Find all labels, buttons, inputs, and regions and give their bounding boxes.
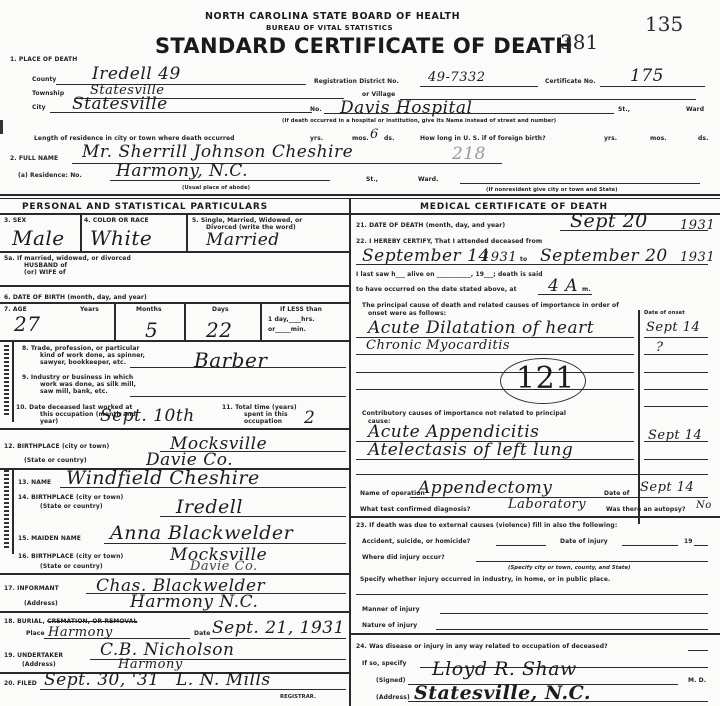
contributory-line-2 [356,459,634,460]
certificate-value: 175 [630,66,664,86]
row-line-5 [0,428,349,430]
test-value: Laboratory [508,497,586,512]
medical-address-label: (Address) [376,694,410,701]
occupation-label-1: 8. Trade, profession, or particular [22,345,140,352]
informant-address-label: (Address) [24,600,58,607]
residence-label: (a) Residence: No. [18,172,82,179]
onset-line-3 [644,372,708,373]
full-name-value: Mr. Sherrill Johnson Cheshire [82,142,353,162]
manner-label: Manner of injury [362,606,420,613]
bureau-title: BUREAU OF VITAL STATISTICS [266,24,393,32]
burial-date-line [210,638,346,639]
medical-address-line [408,701,708,702]
full-name-annotation: 218 [452,144,486,164]
stamp-number-381: 381 [560,30,598,54]
contributory-1: Acute Appendicitis [368,422,539,442]
total-time-value: 2 [304,408,315,428]
months-value: 5 [145,318,158,342]
burial-place-label: Place [26,630,45,637]
mos-label: mos. [352,135,369,142]
where-line [476,561,708,562]
reg-district-line [420,86,538,87]
less-than-label-3: or_____min. [268,326,306,333]
dob-label: 6. DATE OF BIRTH (month, day, and year) [4,294,147,301]
row-line-7 [0,573,349,575]
last-saw-label: I last saw h___ alive on ___________, 19… [356,271,543,278]
residence-st-label: St., [366,176,378,183]
institution-value: Davis Hospital [340,98,472,118]
onset-line-4 [644,389,708,390]
less-than-label-2: 1 day,____hrs. [268,316,315,323]
time-of-death-line [538,294,592,295]
attended-to-value: September 20 [540,246,668,266]
external-divider [350,516,720,518]
onset-line-5 [644,406,708,407]
operation-label: Name of operation [360,490,425,497]
if-so-label: If so, specify [362,660,406,667]
signed-label: (Signed) [376,677,406,684]
row-line-2 [0,285,349,287]
color-divider [186,213,188,251]
father-birthplace-line [160,516,346,517]
full-name-label: 2. FULL NAME [10,155,58,162]
foreign-mos-label: mos. [650,135,667,142]
onset-header: Date of onset [644,310,685,316]
mother-maiden-value: Anna Blackwelder [110,522,293,544]
no-label: No. [310,106,322,113]
yrs-label: yrs. [310,135,323,142]
informant-address-value: Harmony N.C. [130,592,258,612]
manner-line [440,613,708,614]
occupation-side-line [12,340,14,422]
cause-line-4 [356,389,634,390]
external-label: 23. If death was due to external causes … [356,522,617,529]
principal-label-1: The principal cause of death and related… [362,302,619,309]
operation-date-value: Sept 14 [640,480,694,495]
total-time-label-1: 11. Total time (years) [222,404,297,411]
onset-2: ? [656,340,663,355]
medical-header-line [351,213,720,215]
length-residence-label: Length of residence in city or town wher… [34,135,235,142]
st-label: St., [618,106,630,113]
date-injury-label: Date of injury [560,538,608,545]
occupation-value: Barber [194,348,267,372]
year-injury-line [694,545,708,546]
filed-line [40,689,346,690]
days-value: 22 [206,318,232,342]
cause-2: Chronic Myocarditis [366,338,510,353]
death-certificate-page: NORTH CAROLINA STATE BOARD OF HEALTH BUR… [0,0,720,706]
occupation-side-strip [4,345,9,417]
operation-value: Appendectomy [418,478,552,498]
industry-line [130,396,346,397]
agency-title: NORTH CAROLINA STATE BOARD OF HEALTH [205,11,460,22]
personal-header-line [0,213,349,215]
burial-date-value: Sept. 21, 1931 [212,618,345,638]
father-name-value: Windfield Cheshire [66,467,260,489]
mother-maiden-label: 15. MAIDEN NAME [18,535,81,542]
burial-date-label: Date [194,630,210,637]
parents-side-strip [4,470,9,550]
md-label: M. D. [688,677,706,684]
contributory-onset-line-1 [644,441,708,442]
occupation-label-3: sawyer, bookkeeper, etc. [40,359,126,366]
accident-label: Accident, suicide, or homicide? [362,538,470,545]
occupation-divider [350,633,720,635]
contributory-label-1: Contributory causes of importance not re… [362,410,566,417]
section-divider-2 [0,198,720,199]
filed-value: Sept. 30, '31 [44,670,159,690]
residence-note: (Usual place of abode) [182,185,250,191]
township-label: Township [32,90,64,97]
cause-line-2 [356,354,634,355]
total-time-label-3: occupation [244,418,282,425]
spouse-label-1: 5a. If married, widowed, or divorced [4,255,131,262]
certificate-line [600,86,705,87]
spouse-label-3: (or) WIFE of [24,269,66,276]
nature-line [436,629,708,630]
years-label: Years [80,306,99,313]
birthplace-state-label: (State or country) [24,457,87,464]
parents-side-line [12,468,14,554]
mother-maiden-line [104,543,346,544]
test-label: What test confirmed diagnosis? [360,506,470,513]
signed-value: Lloyd R. Shaw [432,658,577,680]
specify-line [356,594,708,595]
residence-ward-label: Ward. [418,176,439,183]
ward-label: Ward [686,106,704,113]
circled-code: 121 [516,361,575,396]
principal-label-2: onset were as follows: [368,310,446,317]
sex-label: 3. SEX [4,217,26,224]
burial-label: 18. BURIAL, CREMATION, OR REMOVAL [4,618,137,625]
industry-label-2: work was done, as silk mill, [40,381,136,388]
attended-from-value: September 14 [362,246,490,266]
burial-place-line [44,638,190,639]
reg-district-label: Registration District No. [314,78,399,85]
color-label: 4. COLOR OR RACE [84,217,149,224]
autopsy-value: No [696,500,712,511]
father-name-label: 13. NAME [18,479,51,486]
city-label: City [32,104,46,111]
contributory-2: Atelectasis of left lung [368,440,573,460]
city-value: Statesville [72,94,168,114]
less-than-label-1: If LESS than [280,306,322,313]
autopsy-label: Was there an autopsy? [606,506,686,513]
place-of-death-label: 1. PLACE OF DEATH [10,56,77,63]
father-birthplace-label: 14. BIRTHPLACE (city or town) [18,494,123,501]
months-label: Months [136,306,162,313]
section-divider [0,194,720,196]
certificate-title: STANDARD CERTIFICATE OF DEATH [155,34,573,58]
birthplace-label: 12. BIRTHPLACE (city or town) [4,443,109,450]
occurred-label: to have occurred on the date stated abov… [356,286,517,293]
spouse-label-2: HUSBAND of [24,262,67,269]
certificate-label: Certificate No. [545,78,596,85]
total-time-label-2: spent in this [244,411,288,418]
where-label: Where did injury occur? [362,554,445,561]
village-label: or Village [362,91,395,98]
registrar-label: REGISTRAR. [280,694,316,700]
nineteen-label: 19 [684,538,693,545]
institution-note: (If death occurred in a hospital or inst… [282,118,556,124]
informant-label: 17. INFORMANT [4,585,59,592]
father-birthplace-value: Iredell [176,496,243,518]
last-worked-value: Sept. 10th [100,406,195,426]
contributory-onset-line-2 [644,459,708,460]
mother-birthplace-state-value: Davie Co. [190,559,258,574]
county-value: Iredell 49 [92,64,181,84]
registrar-value: L. N. Mills [176,670,271,690]
occupation-related-line [688,650,708,651]
years-value: 27 [14,312,40,336]
accident-line [496,545,546,546]
industry-label-3: saw mill, bank, etc. [40,388,108,395]
specify-label: Specify whether injury occurred in indus… [360,576,610,583]
nonresident-line [460,183,700,184]
sex-value: Male [12,226,65,250]
foreign-ds-label: ds. [698,135,708,142]
attended-from-year: 1931 [482,250,517,265]
stamp-number-135: 135 [645,12,683,36]
row-line-8 [0,611,349,613]
cause-1: Acute Dilatation of heart [368,318,594,338]
certify-label: 22. I HEREBY CERTIFY, That I attended de… [356,238,542,245]
ds-label: ds. [384,135,394,142]
operation-date-label: Date of [604,490,630,497]
nonresident-note: (If nonresident give city or town and St… [486,187,618,193]
residence-value: Harmony, N.C. [116,161,248,181]
onset-1: Sept 14 [646,320,700,335]
contributory-line-3 [356,474,708,475]
occupation-label-2: kind of work done, as spinner, [40,352,145,359]
last-worked-label-3: year) [40,418,58,425]
undertaker-address-label: (Address) [22,661,56,668]
days-label: Days [212,306,229,313]
color-value: White [90,226,152,250]
row-line-4 [0,340,349,342]
center-divider [349,198,351,706]
father-state-label: (State or country) [40,503,103,510]
attended-to-year: 1931 [680,250,715,265]
onset-line-1 [644,337,708,338]
undertaker-label: 19. UNDERTAKER [4,652,63,659]
attended-line [356,264,708,265]
industry-label-1: 9. Industry or business in which [22,374,133,381]
sex-divider [80,213,82,251]
foreign-yrs-label: yrs. [604,135,617,142]
date-injury-line [622,545,678,546]
county-label: County [32,76,56,83]
mos-value: 6 [370,127,379,142]
where-note: (Specify city or town, county, and State… [508,565,631,571]
foreign-birth-label: How long in U. S. if of foreign birth? [420,135,546,142]
father-name-line [60,487,346,488]
months-divider [184,302,186,340]
marital-value: Married [206,230,280,250]
personal-section-title: PERSONAL AND STATISTICAL PARTICULARS [22,202,268,212]
marital-label-1: 5. Single, Married, Widowed, or [192,217,302,224]
date-death-year: 1931 [680,218,715,233]
row-line-3 [0,302,349,304]
row-line-1 [0,251,349,253]
filed-label: 20. FILED [4,680,37,687]
mother-birthplace-label: 16. BIRTHPLACE (city or town) [18,553,123,560]
reg-district-value: 49-7332 [428,70,486,85]
date-death-label: 21. DATE OF DEATH (month, day, and year) [356,222,505,229]
occupation-related-label: 24. Was disease or injury in any way rel… [356,643,608,650]
days-divider [260,302,262,340]
cause-line-3 [356,372,634,373]
years-divider [114,302,116,340]
date-death-value: Sept 20 [570,210,648,232]
onset-line-2 [644,354,708,355]
time-of-death-value: 4 A [548,276,578,296]
to-label: to [520,256,527,263]
nature-label: Nature of injury [362,622,417,629]
mother-state-label: (State or country) [40,563,103,570]
margin-mark [0,120,3,134]
m-label: m. [582,286,591,293]
